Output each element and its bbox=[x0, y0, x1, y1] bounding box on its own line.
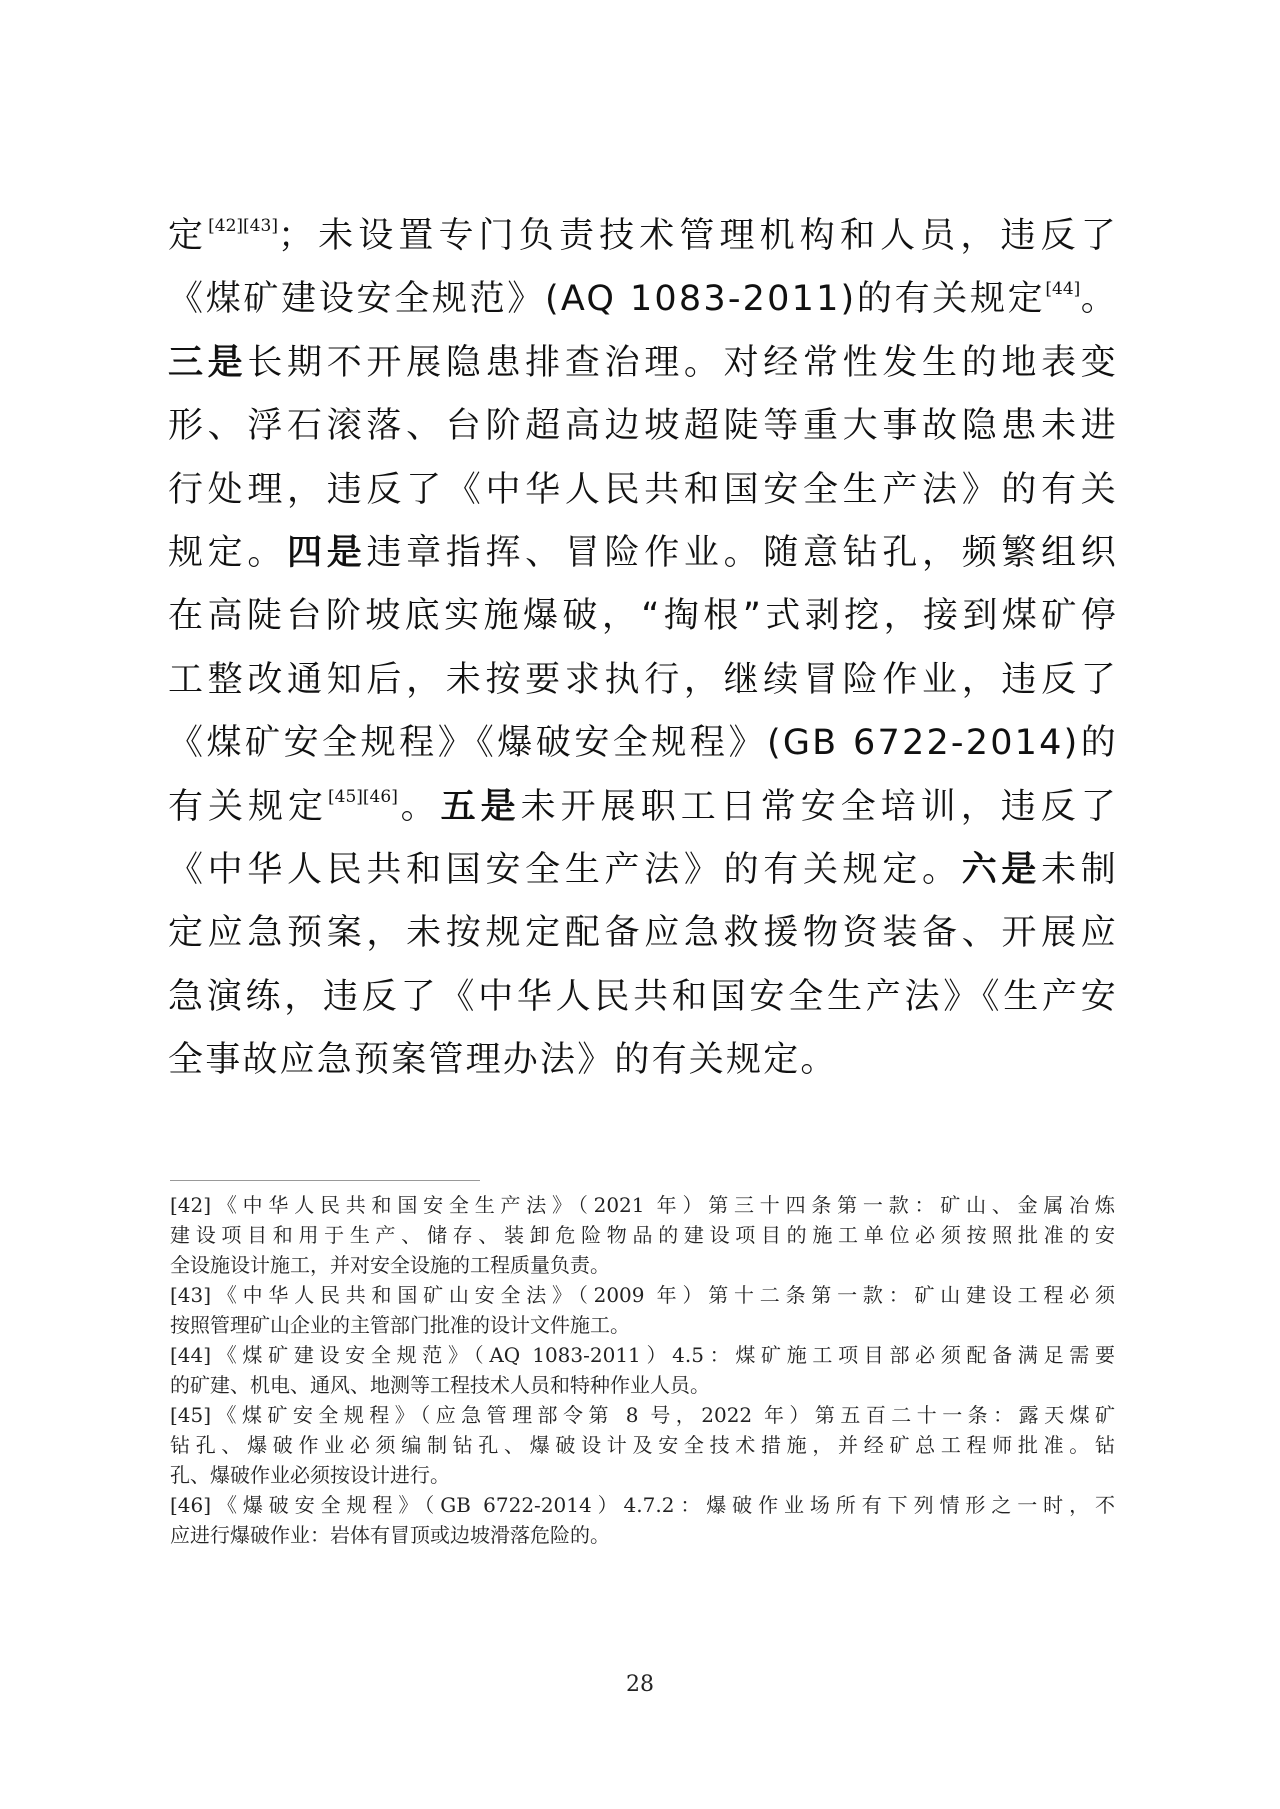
text-run: 定应急预案，未按规定配备应急救援物资装备、开展应 bbox=[168, 913, 1118, 953]
text-run: 工整改通知后，未按要求执行，继续冒险作业，违反了 bbox=[168, 660, 1118, 700]
footnote-line: [42]《中华人民共和国安全生产法》（2021 年）第三十四条第一款：矿山、金属… bbox=[170, 1190, 1115, 1220]
footnote-reference[interactable]: [45][46] bbox=[328, 787, 398, 807]
footnote-reference[interactable]: [42][43] bbox=[208, 216, 278, 236]
body-paragraph: 定[42][43]；未设置专门负责技术管理机构和人员，违反了《煤矿建设安全规范》… bbox=[168, 205, 1118, 1092]
footnote-line: [45]《煤矿安全规程》（应急管理部令第 8 号，2022 年）第五百二十一条：… bbox=[170, 1400, 1115, 1430]
footnote-line: 全设施设计施工，并对安全设施的工程质量负责。 bbox=[170, 1250, 1115, 1280]
body-line: 三是长期不开展隐患排查治理。对经常性发生的地表变 bbox=[168, 332, 1118, 395]
body-line: 《煤矿安全规程》《爆破安全规程》(GB 6722-2014)的 bbox=[168, 712, 1118, 775]
text-run: 长期不开展隐患排查治理。对经常性发生的地表变 bbox=[247, 343, 1118, 383]
bold-lead-text: 五是 bbox=[441, 787, 521, 827]
body-line: 《中华人民共和国安全生产法》的有关规定。六是未制 bbox=[168, 839, 1118, 902]
body-line: 规定。四是违章指挥、冒险作业。随意钻孔，频繁组织 bbox=[168, 522, 1118, 585]
body-line: 定应急预案，未按规定配备应急救援物资装备、开展应 bbox=[168, 902, 1118, 965]
body-line: 《煤矿建设安全规范》(AQ 1083-2011)的有关规定[44]。 bbox=[168, 268, 1118, 331]
text-run: 急演练，违反了《中华人民共和国安全生产法》《生产安 bbox=[168, 977, 1118, 1017]
body-line: 全事故应急预案管理办法》的有关规定。 bbox=[168, 1029, 1118, 1092]
footnote-line: 建设项目和用于生产、储存、装卸危险物品的建设项目的施工单位必须按照批准的安 bbox=[170, 1220, 1115, 1250]
text-run: 规定。 bbox=[168, 533, 287, 573]
body-line: 行处理，违反了《中华人民共和国安全生产法》的有关 bbox=[168, 459, 1118, 522]
footnote-reference[interactable]: [44] bbox=[1045, 279, 1080, 299]
footnote-line: 钻孔、爆破作业必须编制钻孔、爆破设计及安全技术措施，并经矿总工程师批准。钻 bbox=[170, 1430, 1115, 1460]
text-run: 《煤矿安全规程》《爆破安全规程》(GB 6722-2014)的 bbox=[168, 723, 1118, 763]
footnote-line: [44]《煤矿建设安全规范》（AQ 1083-2011）4.5：煤矿施工项目部必… bbox=[170, 1340, 1115, 1370]
footnotes: [42]《中华人民共和国安全生产法》（2021 年）第三十四条第一款：矿山、金属… bbox=[170, 1190, 1115, 1550]
bold-lead-text: 四是 bbox=[287, 533, 366, 573]
bold-lead-text: 六是 bbox=[962, 850, 1041, 890]
text-run: 违章指挥、冒险作业。随意钻孔，频繁组织 bbox=[366, 533, 1118, 573]
document-page: 定[42][43]；未设置专门负责技术管理机构和人员，违反了《煤矿建设安全规范》… bbox=[0, 0, 1280, 1809]
text-run: 。 bbox=[1080, 279, 1118, 319]
text-run: 《中华人民共和国安全生产法》的有关规定。 bbox=[168, 850, 962, 890]
body-line: 定[42][43]；未设置专门负责技术管理机构和人员，违反了 bbox=[168, 205, 1118, 268]
footnote-separator bbox=[170, 1180, 480, 1181]
text-run: 《煤矿建设安全规范》(AQ 1083-2011)的有关规定 bbox=[168, 279, 1045, 319]
text-run: 未开展职工日常安全培训，违反了 bbox=[521, 787, 1118, 827]
text-run: 形、浮石滚落、台阶超高边坡超陡等重大事故隐患未进 bbox=[168, 406, 1118, 446]
page-number: 28 bbox=[0, 1672, 1280, 1697]
body-line: 有关规定[45][46]。五是未开展职工日常安全培训，违反了 bbox=[168, 776, 1118, 839]
text-run: 有关规定 bbox=[168, 787, 328, 827]
text-run: 在高陡台阶坡底实施爆破，“掏根”式剥挖，接到煤矿停 bbox=[168, 596, 1118, 636]
footnote-line: 的矿建、机电、通风、地测等工程技术人员和特种作业人员。 bbox=[170, 1370, 1115, 1400]
body-line: 急演练，违反了《中华人民共和国安全生产法》《生产安 bbox=[168, 966, 1118, 1029]
text-run: 全事故应急预案管理办法》的有关规定。 bbox=[168, 1040, 838, 1080]
body-line: 形、浮石滚落、台阶超高边坡超陡等重大事故隐患未进 bbox=[168, 395, 1118, 458]
footnote-line: 孔、爆破作业必须按设计进行。 bbox=[170, 1460, 1115, 1490]
footnote-line: 应进行爆破作业：岩体有冒顶或边坡滑落危险的。 bbox=[170, 1520, 1115, 1550]
footnote-line: [43]《中华人民共和国矿山安全法》（2009 年）第十二条第一款：矿山建设工程… bbox=[170, 1280, 1115, 1310]
body-line: 在高陡台阶坡底实施爆破，“掏根”式剥挖，接到煤矿停 bbox=[168, 585, 1118, 648]
bold-lead-text: 三是 bbox=[168, 343, 247, 383]
text-run: ；未设置专门负责技术管理机构和人员，违反了 bbox=[278, 216, 1118, 256]
text-run: 定 bbox=[168, 216, 208, 256]
footnote-line: [46]《爆破安全规程》（GB 6722-2014）4.7.2：爆破作业场所有下… bbox=[170, 1490, 1115, 1520]
footnote-line: 按照管理矿山企业的主管部门批准的设计文件施工。 bbox=[170, 1310, 1115, 1340]
text-run: 行处理，违反了《中华人民共和国安全生产法》的有关 bbox=[168, 470, 1118, 510]
text-run: 未制 bbox=[1041, 850, 1118, 890]
body-line: 工整改通知后，未按要求执行，继续冒险作业，违反了 bbox=[168, 649, 1118, 712]
text-run: 。 bbox=[398, 787, 441, 827]
